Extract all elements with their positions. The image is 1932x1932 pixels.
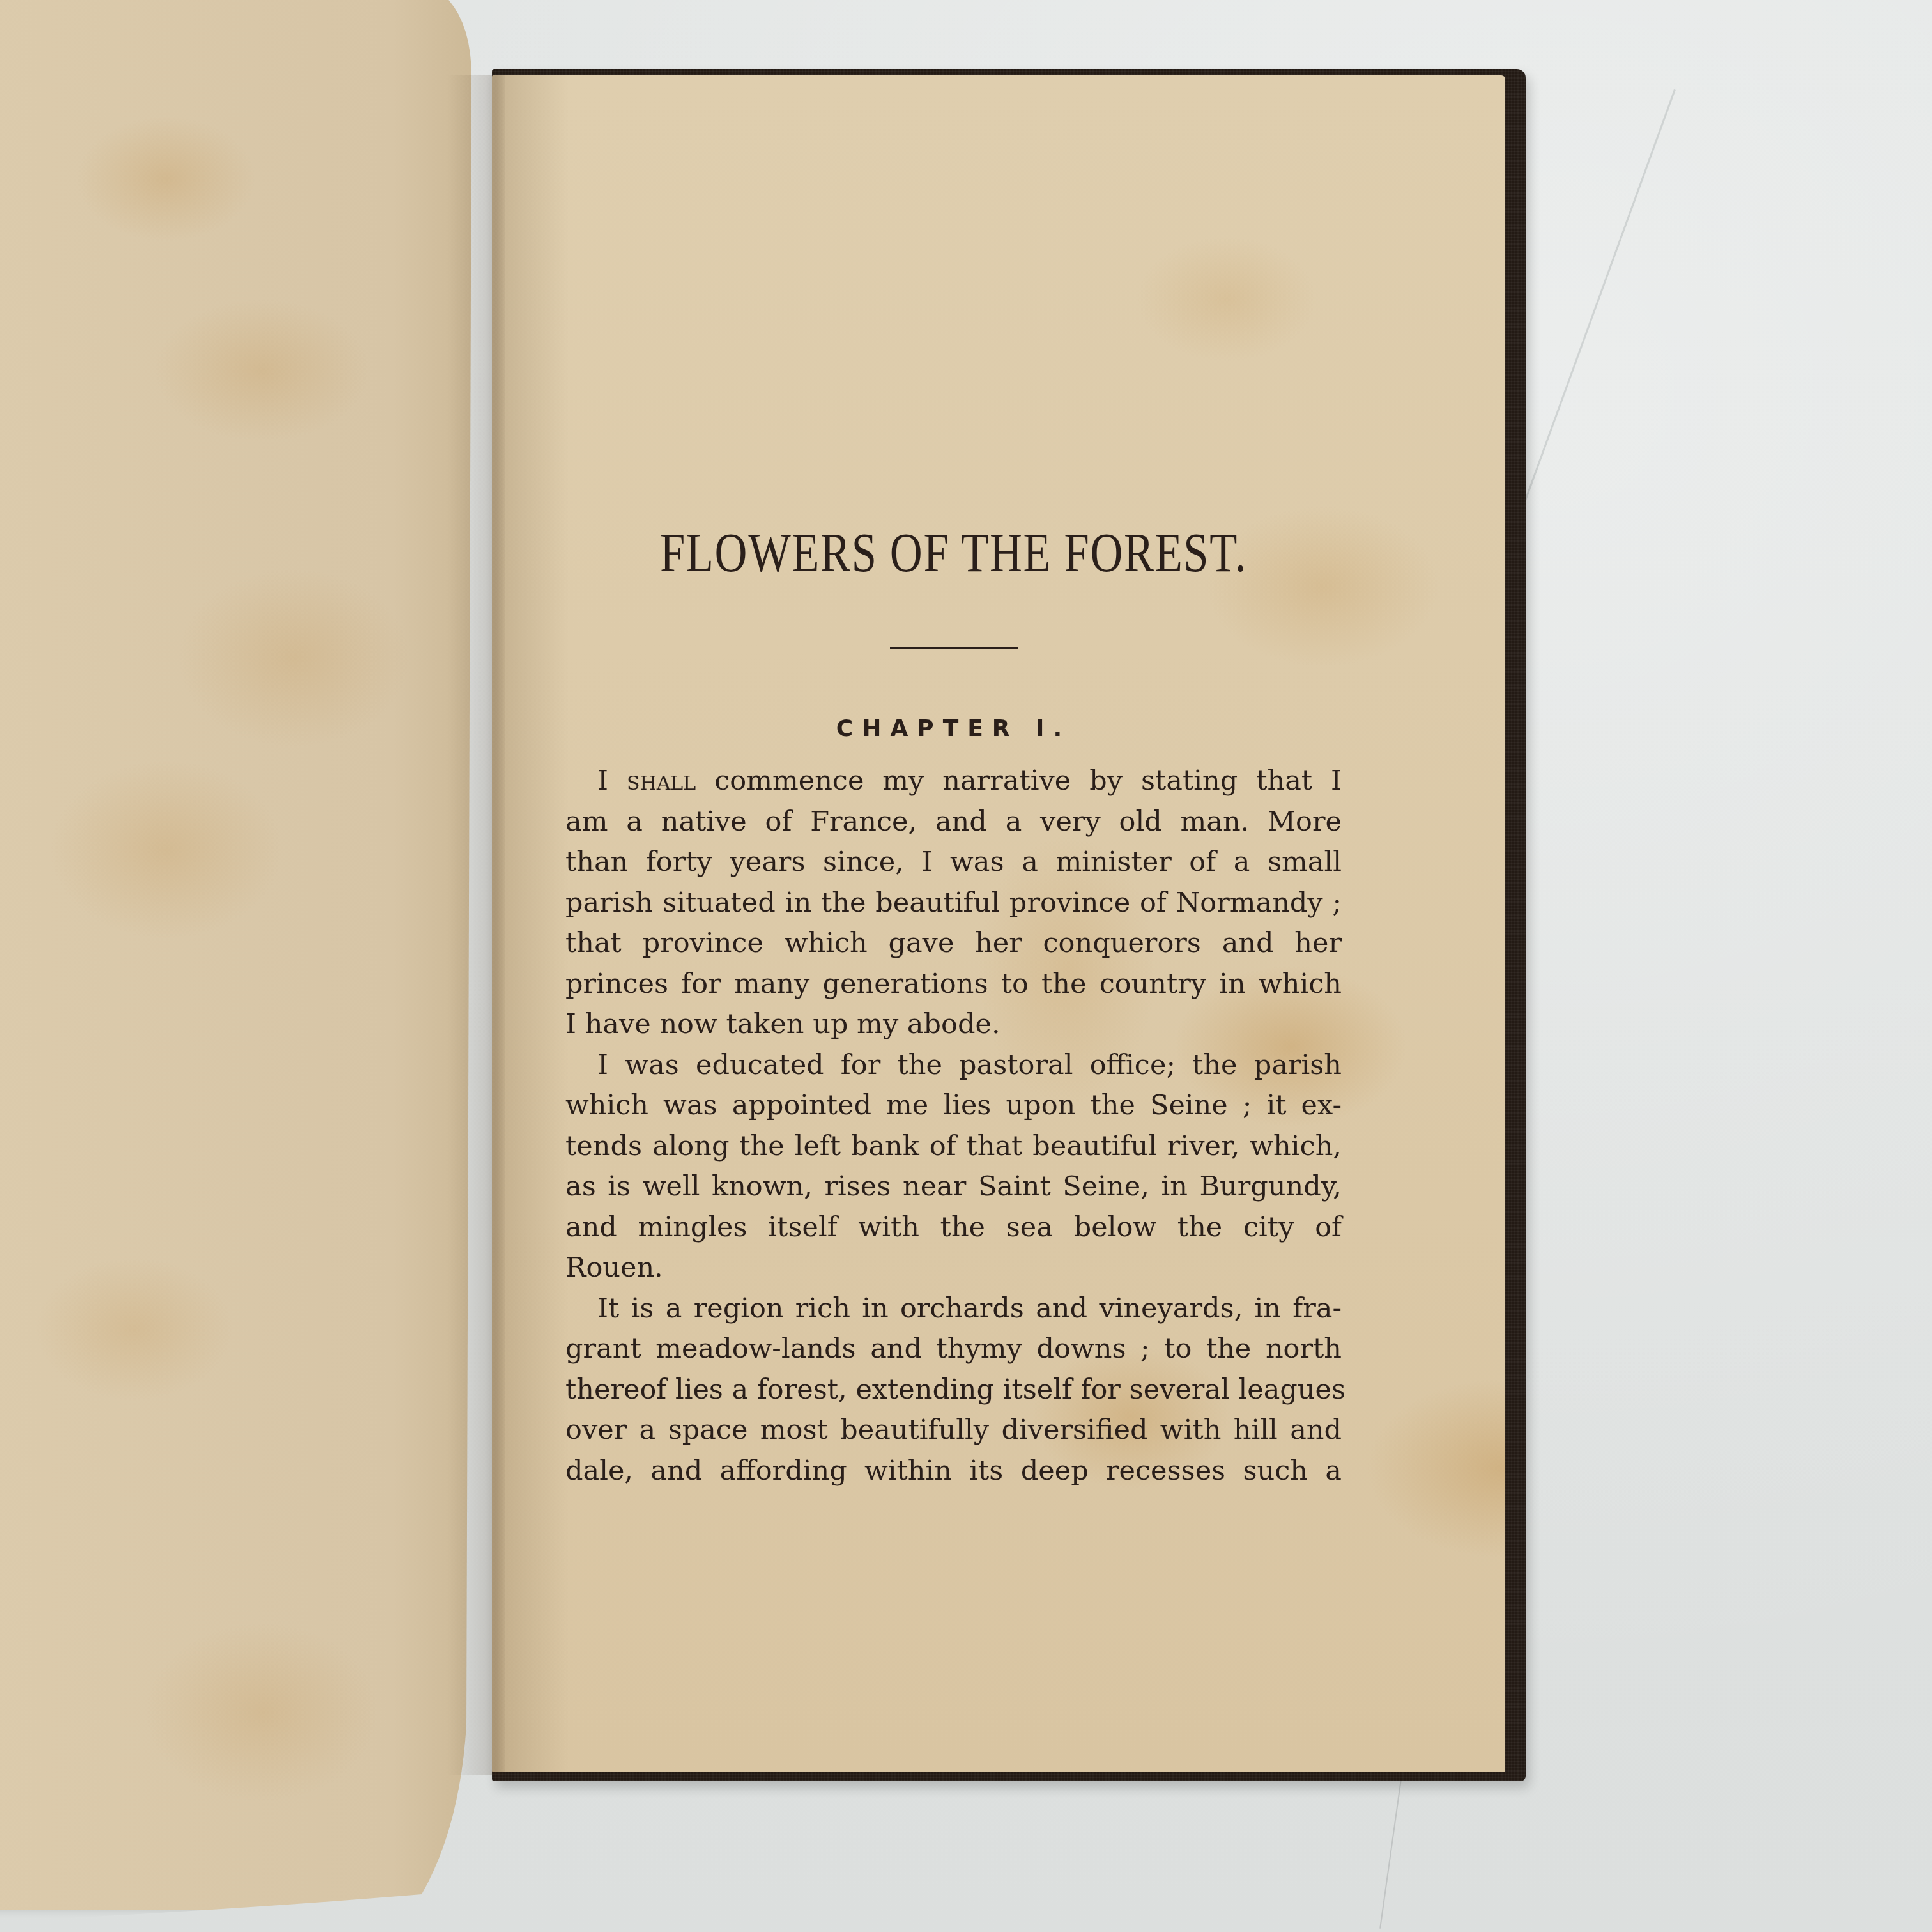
left-page xyxy=(0,0,497,1910)
text-line: I shall commence my narrative by stating… xyxy=(565,761,1342,802)
text-line: as is well known, rises near Saint Seine… xyxy=(565,1167,1342,1207)
body-text: I shall commence my narrative by stating… xyxy=(565,761,1342,1491)
chapter-heading: CHAPTER I. xyxy=(565,716,1342,742)
text-line: It is a region rich in orchards and vine… xyxy=(565,1289,1342,1330)
line-text: commence my narrative by stating that I xyxy=(714,765,1342,797)
text-line: that province which gave her conquerors … xyxy=(565,923,1342,964)
book-title: FLOWERS OF THE FOREST. xyxy=(635,524,1271,581)
background-crease xyxy=(1521,89,1676,510)
lead-word: I xyxy=(597,765,608,797)
text-line: parish situated in the beautiful provinc… xyxy=(565,883,1342,924)
text-line: tends along the left bank of that beauti… xyxy=(565,1126,1342,1167)
text-line: I have now taken up my abode. xyxy=(565,1004,1342,1045)
text-line: over a space most beautifully diversifie… xyxy=(565,1410,1342,1451)
text-line: grant meadow-lands and thymy downs ; to … xyxy=(565,1329,1342,1370)
show-through-text xyxy=(294,422,454,1572)
text-line: princes for many generations to the coun… xyxy=(565,964,1342,1005)
text-line: than forty years since, I was a minister… xyxy=(565,842,1342,883)
text-line: and mingles itself with the sea below th… xyxy=(565,1207,1342,1248)
paragraph: I was educated for the pastoral office; … xyxy=(565,1045,1342,1289)
paragraph: I shall commence my narrative by stating… xyxy=(565,761,1342,1045)
page-content: FLOWERS OF THE FOREST. CHAPTER I. I shal… xyxy=(565,524,1342,1491)
smallcaps-word: shall xyxy=(627,765,696,797)
text-line: Rouen. xyxy=(565,1248,1342,1289)
text-line: which was appointed me lies upon the Sei… xyxy=(565,1085,1342,1126)
text-line: I was educated for the pastoral office; … xyxy=(565,1045,1342,1086)
text-line: am a native of France, and a very old ma… xyxy=(565,802,1342,843)
text-line: dale, and affording within its deep rece… xyxy=(565,1451,1342,1492)
title-rule xyxy=(890,647,1018,649)
paragraph: It is a region rich in orchards and vine… xyxy=(565,1289,1342,1492)
text-line: thereof lies a forest, extending itself … xyxy=(565,1370,1342,1411)
